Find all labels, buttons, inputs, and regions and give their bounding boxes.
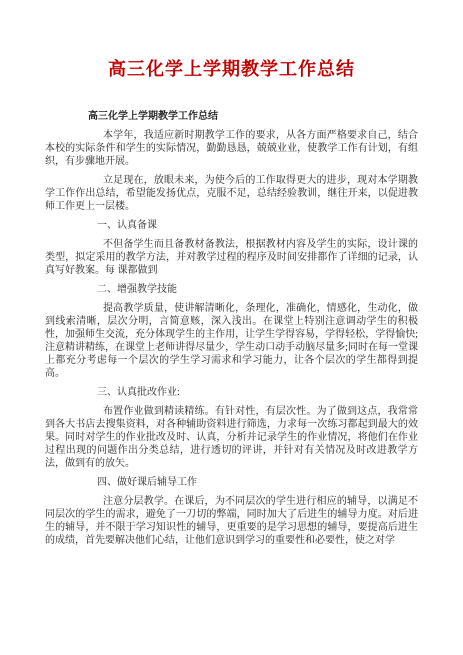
section-heading: 二、增强教学技能 <box>45 283 418 296</box>
document-subtitle: 高三化学上学期教学工作总结 <box>88 110 418 123</box>
document-page: 高三化学上学期教学工作总结 高三化学上学期教学工作总结 本学年，我适应新时期教学… <box>0 0 463 655</box>
section-heading: 三、认真批改作业: <box>45 386 418 399</box>
section-paragraph: 布置作业做到精读精练。有针对性，有层次性。为了做到这点，我常常到各大书店去搜集资… <box>45 405 418 470</box>
section-paragraph: 立足现在，放眼未来，为使今后的工作取得更大的进步，现对本学期教学工作作出总结，希… <box>45 174 418 213</box>
section-heading: 四、做好课后辅导工作 <box>45 476 418 489</box>
document-sections: 本学年，我适应新时期教学工作的要求，从各方面严格要求自己，结合本校的实际条件和学… <box>45 129 418 547</box>
section-paragraph: 提高教学质量，使讲解清晰化，条理化，准确化，情感化，生动化，做到线索清晰，层次分… <box>45 302 418 380</box>
document-title: 高三化学上学期教学工作总结 <box>0 56 463 82</box>
section-paragraph: 注意分层教学。在课后，为不同层次的学生进行相应的辅导，以满足不同层次的学生的需求… <box>45 495 418 547</box>
section-paragraph: 不但备学生而且备教材备教法，根据教材内容及学生的实际，设计课的类型，拟定采用的教… <box>45 238 418 277</box>
document-content: 高三化学上学期教学工作总结 本学年，我适应新时期教学工作的要求，从各方面严格要求… <box>0 110 463 547</box>
section-heading: 一、认真备课 <box>45 219 418 232</box>
section-paragraph: 本学年，我适应新时期教学工作的要求，从各方面严格要求自己，结合本校的实际条件和学… <box>45 129 418 168</box>
